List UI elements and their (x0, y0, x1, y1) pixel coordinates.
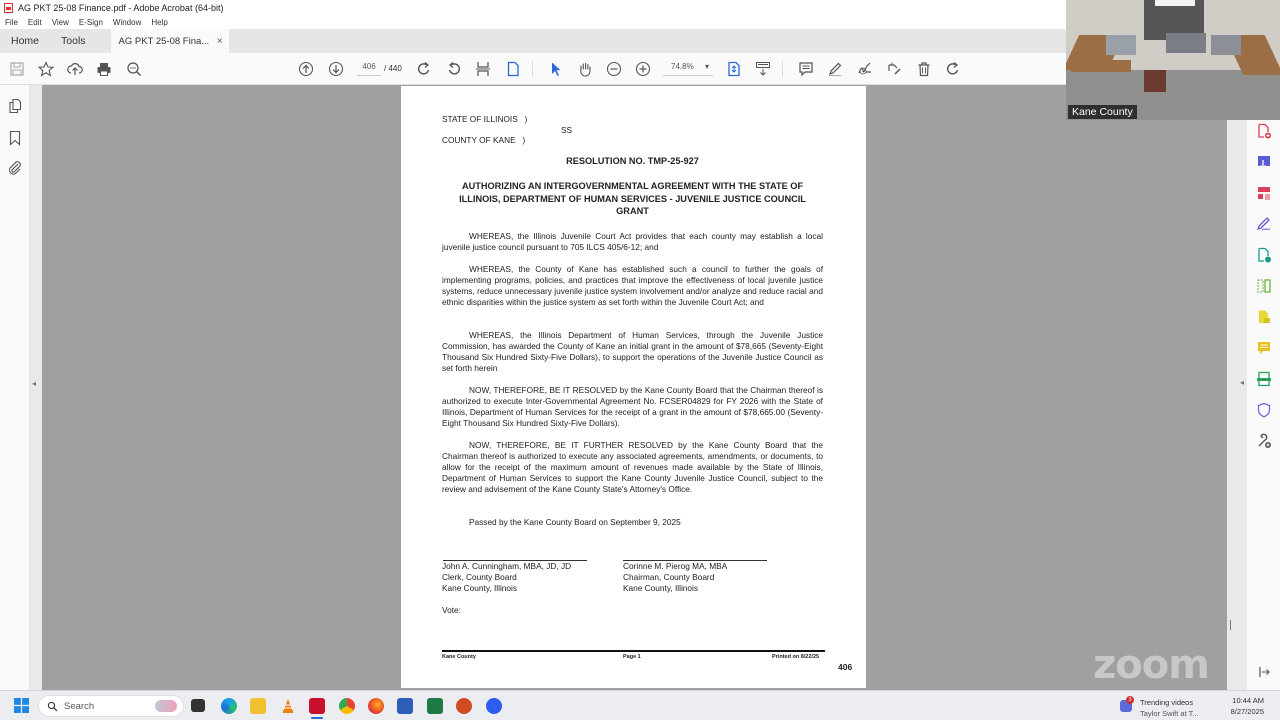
next-page-icon[interactable] (327, 60, 345, 78)
pdf-page: STATE OF ILLINOIS ) SS COUNTY OF KANE ) … (401, 86, 866, 688)
chairman-place: Kane County, Illinois (623, 583, 727, 594)
powerpoint-icon[interactable] (456, 698, 472, 714)
sign-icon[interactable] (856, 60, 874, 78)
zoom-level-value: 74.8% (671, 62, 694, 75)
clerk-signature-block: John A. Cunningham, MBA, JD, JD Clerk, C… (442, 561, 571, 594)
clock-date: 8/27/2025 (1222, 706, 1264, 717)
fill-and-sign-icon[interactable] (1255, 215, 1273, 233)
close-tab-icon[interactable]: × (217, 36, 223, 47)
page-number-input[interactable]: 406 (357, 62, 381, 76)
clerk-name: John A. Cunningham, MBA, JD, JD (442, 561, 571, 572)
main-toolbar: 406 / 440 74.8% ▾ (0, 53, 1066, 85)
tab-tools[interactable]: Tools (50, 29, 97, 53)
bookmark-star-icon[interactable] (37, 60, 55, 78)
packet-page-number: 406 (838, 662, 852, 673)
footer-right: Printed on 8/22/25 (772, 652, 819, 663)
window-title: AG PKT 25-08 Finance.pdf - Adobe Acrobat… (18, 3, 223, 13)
previous-page-icon[interactable] (297, 60, 315, 78)
county-line: COUNTY OF KANE ) (442, 135, 525, 146)
pdf-file-icon (4, 3, 13, 13)
zoom-in-icon[interactable] (634, 60, 652, 78)
chairman-role: Chairman, County Board (623, 572, 727, 583)
notification-title: Trending videos (1140, 697, 1199, 708)
comment-tool-icon[interactable] (1255, 339, 1273, 357)
print-icon[interactable] (95, 60, 113, 78)
tab-bar: Home Tools AG PKT 25-08 Fina... × (0, 29, 1066, 53)
passed-statement: Passed by the Kane County Board on Septe… (469, 517, 681, 528)
expand-right-arrow-icon[interactable]: ◂ (1240, 378, 1244, 387)
vote-label: Vote: (442, 605, 461, 616)
footer-left: Kane County (442, 652, 476, 663)
tab-home[interactable]: Home (0, 29, 50, 53)
vlc-player-icon[interactable] (280, 698, 296, 714)
fit-page-icon[interactable] (725, 60, 743, 78)
menu-esign[interactable]: E-Sign (79, 18, 103, 27)
excel-icon[interactable] (427, 698, 443, 714)
zoom-participant-video[interactable]: Kane County (1066, 0, 1280, 120)
participant-name-label: Kane County (1068, 105, 1137, 119)
firefox-browser-icon[interactable] (368, 698, 384, 714)
windows-taskbar: Search 3 Trending videos Taylor Swift at… (0, 690, 1280, 720)
whereas-paragraph-2: WHEREAS, the County of Kane has establis… (442, 264, 823, 308)
resolved-paragraph-2: NOW, THEREFORE, BE IT FURTHER RESOLVED b… (442, 440, 823, 495)
footer-center: Page 1 (623, 652, 641, 663)
zoom-level-select[interactable]: 74.8% ▾ (663, 62, 713, 76)
attachments-paperclip-icon[interactable] (6, 159, 24, 177)
select-cursor-icon[interactable] (547, 60, 565, 78)
menu-edit[interactable]: Edit (28, 18, 42, 27)
chrome-browser-icon[interactable] (339, 698, 355, 714)
state-line: STATE OF ILLINOIS ) (442, 114, 527, 125)
active-app-indicator (311, 717, 323, 719)
zoom-app-icon[interactable] (486, 698, 502, 714)
resolved-paragraph-1: NOW, THEREFORE, BE IT RESOLVED by the Ka… (442, 385, 823, 429)
scroll-mode-icon[interactable] (474, 60, 492, 78)
highlight-pen-icon[interactable] (826, 60, 844, 78)
edge-browser-icon[interactable] (221, 698, 237, 714)
expand-left-arrow-icon[interactable]: ◂ (32, 379, 36, 388)
zoom-logo-watermark: zoom (1093, 642, 1209, 688)
page-thumbnails-icon[interactable] (6, 97, 24, 115)
rotate-clockwise-icon[interactable] (415, 60, 433, 78)
left-panel-collapse-strip[interactable]: ◂ (30, 85, 42, 690)
clerk-place: Kane County, Illinois (442, 583, 571, 594)
export-pdf-icon[interactable] (1255, 153, 1273, 171)
resolution-number: RESOLUTION NO. TMP-25-927 (442, 156, 823, 167)
collapse-tools-panel-icon[interactable] (1255, 663, 1273, 681)
ss-text: SS (561, 125, 572, 136)
search-highlight-icon (155, 700, 177, 712)
window-title-bar: AG PKT 25-08 Finance.pdf - Adobe Acrobat… (0, 0, 1066, 15)
file-explorer-icon[interactable] (250, 698, 266, 714)
right-tools-panel (1247, 120, 1280, 690)
menu-bar: File Edit View E-Sign Window Help (0, 15, 1066, 29)
windows-start-icon[interactable] (14, 698, 29, 713)
bookmarks-icon[interactable] (6, 129, 24, 147)
notification-subtitle: Taylor Swift at T... (1140, 708, 1199, 719)
page-total: / 440 (384, 64, 402, 73)
adobe-acrobat-taskbar-icon[interactable] (309, 698, 325, 714)
compare-files-icon[interactable] (1255, 277, 1273, 295)
whereas-paragraph-3: WHEREAS, the Illinois Department of Huma… (442, 330, 823, 374)
tab-document[interactable]: AG PKT 25-08 Fina... × (111, 29, 229, 53)
taskbar-search-input[interactable]: Search (38, 695, 184, 717)
create-pdf-icon[interactable] (1255, 122, 1273, 140)
system-clock[interactable]: 10:44 AM 8/27/2025 (1222, 695, 1264, 717)
zoom-out-icon[interactable] (605, 60, 623, 78)
save-icon[interactable] (8, 60, 26, 78)
comment-icon[interactable] (797, 60, 815, 78)
task-view-icon[interactable] (191, 699, 205, 712)
notification-badge: 3 (1126, 696, 1134, 704)
scan-ocr-icon[interactable] (1255, 370, 1273, 388)
find-search-icon[interactable] (125, 60, 143, 78)
keyboard-scroll-icon[interactable] (754, 60, 772, 78)
search-icon (47, 701, 58, 712)
rotate-counterclockwise-icon[interactable] (445, 60, 463, 78)
edit-pdf-tool-icon[interactable] (1255, 246, 1273, 264)
resolution-title: AUTHORIZING AN INTERGOVERNMENTAL AGREEME… (442, 180, 823, 218)
undo-redo-icon[interactable] (944, 60, 962, 78)
upload-cloud-icon[interactable] (66, 60, 84, 78)
protect-shield-icon[interactable] (1255, 401, 1273, 419)
more-tools-icon[interactable] (1255, 432, 1273, 450)
single-page-view-icon[interactable] (504, 60, 522, 78)
scrollbar-thumb[interactable] (1230, 620, 1231, 630)
menu-view[interactable]: View (52, 18, 69, 27)
word-icon[interactable] (397, 698, 413, 714)
organize-pages-icon[interactable] (1255, 184, 1273, 202)
edit-pdf-icon[interactable] (885, 60, 903, 78)
tab-document-label: AG PKT 25-08 Fina... (119, 36, 210, 47)
clock-time: 10:44 AM (1222, 695, 1264, 706)
menu-window[interactable]: Window (113, 18, 141, 27)
menu-help[interactable]: Help (151, 18, 167, 27)
right-panel-collapse-strip[interactable]: ◂ (1227, 120, 1247, 690)
chairman-signature-block: Corinne M. Pierog MA, MBA Chairman, Coun… (623, 561, 727, 594)
search-placeholder: Search (64, 701, 94, 712)
combine-files-icon[interactable] (1255, 308, 1273, 326)
delete-trash-icon[interactable] (915, 60, 933, 78)
chairman-name: Corinne M. Pierog MA, MBA (623, 561, 727, 572)
left-navigation-panel (0, 85, 30, 690)
menu-file[interactable]: File (5, 18, 18, 27)
clerk-role: Clerk, County Board (442, 572, 571, 583)
whereas-paragraph-1: WHEREAS, the Illinois Juvenile Court Act… (442, 231, 823, 253)
chevron-down-icon: ▾ (705, 62, 709, 75)
hand-tool-icon[interactable] (576, 60, 594, 78)
